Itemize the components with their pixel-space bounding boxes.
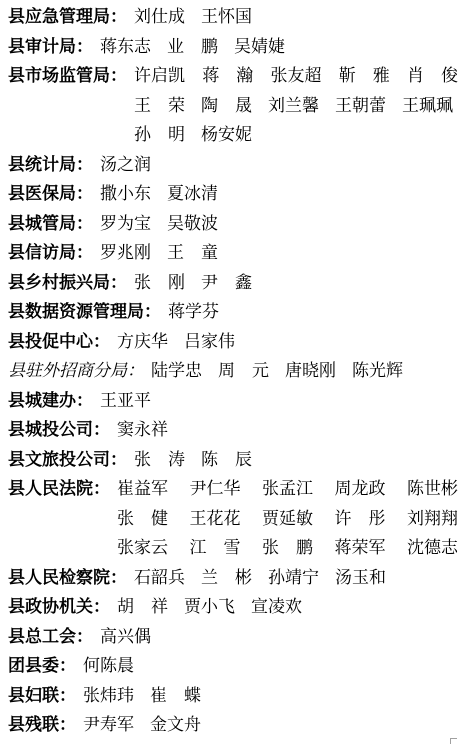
department-label: 县驻外招商分局： [8, 356, 144, 386]
department-label: 县市场监管局： [8, 61, 127, 91]
department-entry: 县城管局：罗为宝吴敬波 [8, 209, 458, 239]
names-line: 张 涛陈 辰 [134, 445, 458, 475]
names-line: 张家云江 雪张 鹏蒋荣军沈德志 [117, 533, 458, 563]
department-entry: 团县委：何陈晨 [8, 651, 458, 681]
person-name: 撒小东 [100, 179, 151, 209]
person-name: 王珮珮 [402, 91, 453, 121]
department-label: 县应急管理局： [8, 2, 127, 32]
department-label: 县政协机关： [8, 592, 110, 622]
person-name: 张 涛 [134, 445, 185, 475]
personnel-list-document: 县应急管理局：刘仕成王怀国县审计局：蒋东志业 鹏吴婧婕县市场监管局：许启凯蒋 瀚… [0, 0, 459, 746]
names-column: 刘仕成王怀国 [134, 2, 458, 32]
person-name: 汤玉和 [335, 563, 386, 593]
names-line: 窦永祥 [117, 415, 458, 445]
names-line: 刘仕成王怀国 [134, 2, 458, 32]
department-entry: 县驻外招商分局：陆学忠周 元唐晓刚陈光辉 [8, 356, 458, 386]
department-entry: 县统计局：汤之润 [8, 150, 458, 180]
person-name: 蒋东志 [100, 32, 151, 62]
person-name: 王 荣 [134, 91, 185, 121]
person-name: 石韶兵 [134, 563, 185, 593]
department-entry: 县残联：尹寿军金文舟 [8, 710, 458, 740]
names-line: 王 荣陶 晟刘兰馨王朝蕾王珮珮 [134, 91, 458, 121]
person-name: 贾延敏 [262, 504, 313, 534]
names-line: 撒小东夏冰清 [100, 179, 458, 209]
department-entry: 县人民检察院：石韶兵兰 彬孙靖宁汤玉和 [8, 563, 458, 593]
person-name: 许启凯 [134, 61, 185, 91]
person-name: 崔益军 [117, 474, 168, 504]
department-label: 县残联： [8, 710, 76, 740]
department-entry: 县投促中心：方庆华吕家伟 [8, 327, 458, 357]
names-line: 胡 祥贾小飞宣凌欢 [117, 592, 458, 622]
department-entry: 县医保局：撒小东夏冰清 [8, 179, 458, 209]
person-name: 刘兰馨 [268, 91, 319, 121]
names-column: 汤之润 [100, 150, 458, 180]
person-name: 吴婧婕 [234, 32, 285, 62]
person-name: 张 健 [117, 504, 168, 534]
department-label: 县妇联： [8, 681, 76, 711]
names-column: 高兴偶 [100, 622, 458, 652]
names-column: 罗为宝吴敬波 [100, 209, 458, 239]
department-entry: 县总工会：高兴偶 [8, 622, 458, 652]
names-column: 方庆华吕家伟 [117, 327, 458, 357]
person-name: 孙靖宁 [268, 563, 319, 593]
names-column: 撒小东夏冰清 [100, 179, 458, 209]
person-name: 江 雪 [190, 533, 241, 563]
person-name: 罗为宝 [100, 209, 151, 239]
person-name: 王 童 [167, 238, 218, 268]
department-label: 县总工会： [8, 622, 93, 652]
names-line: 罗兆刚王 童 [100, 238, 458, 268]
names-line: 蒋东志业 鹏吴婧婕 [100, 32, 458, 62]
person-name: 何陈晨 [83, 651, 134, 681]
department-label: 县城投公司： [8, 415, 110, 445]
department-label: 县人民法院： [8, 474, 110, 504]
department-label: 团县委： [8, 651, 76, 681]
person-name: 陈世彬 [407, 474, 458, 504]
person-name: 蒋学芬 [168, 297, 219, 327]
person-name: 吴敬波 [167, 209, 218, 239]
person-name: 胡 祥 [117, 592, 168, 622]
names-column: 张 刚尹 鑫 [134, 268, 458, 298]
names-line: 孙 明杨安妮 [134, 120, 458, 150]
department-label: 县城管局： [8, 209, 93, 239]
department-label: 县文旅投公司： [8, 445, 127, 475]
names-column: 石韶兵兰 彬孙靖宁汤玉和 [134, 563, 458, 593]
department-label: 县统计局： [8, 150, 93, 180]
names-column: 蒋学芬 [168, 297, 458, 327]
names-line: 何陈晨 [83, 651, 458, 681]
names-line: 蒋学芬 [168, 297, 458, 327]
names-line: 崔益军尹仁华张孟江周龙政陈世彬 [117, 474, 458, 504]
person-name: 崔 蝶 [150, 681, 201, 711]
person-name: 张友超 [271, 61, 322, 91]
department-label: 县投促中心： [8, 327, 110, 357]
person-name: 唐晓刚 [285, 356, 336, 386]
names-column: 胡 祥贾小飞宣凌欢 [117, 592, 458, 622]
person-name: 靳 雅 [339, 61, 390, 91]
department-label: 县医保局： [8, 179, 93, 209]
person-name: 陈光辉 [352, 356, 403, 386]
department-entry: 县应急管理局：刘仕成王怀国 [8, 2, 458, 32]
person-name: 周龙政 [335, 474, 386, 504]
person-name: 沈德志 [407, 533, 458, 563]
names-column: 罗兆刚王 童 [100, 238, 458, 268]
names-column: 张 涛陈 辰 [134, 445, 458, 475]
department-label: 县城建办： [8, 386, 93, 416]
department-entry: 县城建办：王亚平 [8, 386, 458, 416]
department-entry: 县审计局：蒋东志业 鹏吴婧婕 [8, 32, 458, 62]
department-entry: 县城投公司：窦永祥 [8, 415, 458, 445]
person-name: 尹寿军 [83, 710, 134, 740]
person-name: 窦永祥 [117, 415, 168, 445]
names-column: 陆学忠周 元唐晓刚陈光辉 [151, 356, 458, 386]
person-name: 杨安妮 [201, 120, 252, 150]
person-name: 兰 彬 [201, 563, 252, 593]
names-column: 王亚平 [100, 386, 458, 416]
person-name: 陆学忠 [151, 356, 202, 386]
person-name: 蒋 瀚 [202, 61, 253, 91]
department-label: 县乡村振兴局： [8, 268, 127, 298]
names-line: 王亚平 [100, 386, 458, 416]
department-label: 县人民检察院： [8, 563, 127, 593]
names-column: 窦永祥 [117, 415, 458, 445]
person-name: 陶 晟 [201, 91, 252, 121]
page-corner-mark [450, 738, 457, 744]
person-name: 汤之润 [100, 150, 151, 180]
person-name: 张 鹏 [262, 533, 313, 563]
person-name: 张孟江 [262, 474, 313, 504]
person-name: 周 元 [218, 356, 269, 386]
person-name: 蒋荣军 [335, 533, 386, 563]
names-line: 方庆华吕家伟 [117, 327, 458, 357]
person-name: 高兴偶 [100, 622, 151, 652]
names-line: 张炜玮崔 蝶 [83, 681, 458, 711]
names-line: 石韶兵兰 彬孙靖宁汤玉和 [134, 563, 458, 593]
names-line: 高兴偶 [100, 622, 458, 652]
names-column: 何陈晨 [83, 651, 458, 681]
person-name: 贾小飞 [184, 592, 235, 622]
names-column: 蒋东志业 鹏吴婧婕 [100, 32, 458, 62]
department-label: 县审计局： [8, 32, 93, 62]
names-line: 罗为宝吴敬波 [100, 209, 458, 239]
person-name: 业 鹏 [167, 32, 218, 62]
person-name: 夏冰清 [167, 179, 218, 209]
department-label: 县数据资源管理局： [8, 297, 161, 327]
person-name: 刘翔翔 [407, 504, 458, 534]
person-name: 张家云 [117, 533, 168, 563]
names-line: 张 刚尹 鑫 [134, 268, 458, 298]
person-name: 王花花 [190, 504, 241, 534]
names-line: 许启凯蒋 瀚张友超靳 雅肖 俊 [134, 61, 458, 91]
person-name: 王朝蕾 [335, 91, 386, 121]
person-name: 罗兆刚 [100, 238, 151, 268]
names-line: 张 健王花花贾延敏许 彤刘翔翔 [117, 504, 458, 534]
person-name: 方庆华 [117, 327, 168, 357]
names-column: 尹寿军金文舟 [83, 710, 458, 740]
department-entry: 县文旅投公司：张 涛陈 辰 [8, 445, 458, 475]
person-name: 尹 鑫 [201, 268, 252, 298]
department-entry: 县妇联：张炜玮崔 蝶 [8, 681, 458, 711]
person-name: 金文舟 [150, 710, 201, 740]
person-name: 王亚平 [100, 386, 151, 416]
department-label: 县信访局： [8, 238, 93, 268]
person-name: 张炜玮 [83, 681, 134, 711]
department-entry: 县政协机关：胡 祥贾小飞宣凌欢 [8, 592, 458, 622]
person-name: 孙 明 [134, 120, 185, 150]
person-name: 王怀国 [201, 2, 252, 32]
person-name: 尹仁华 [190, 474, 241, 504]
names-column: 崔益军尹仁华张孟江周龙政陈世彬张 健王花花贾延敏许 彤刘翔翔张家云江 雪张 鹏蒋… [117, 474, 458, 563]
person-name: 吕家伟 [184, 327, 235, 357]
person-name: 刘仕成 [134, 2, 185, 32]
department-entry: 县乡村振兴局：张 刚尹 鑫 [8, 268, 458, 298]
department-entry: 县信访局：罗兆刚王 童 [8, 238, 458, 268]
person-name: 肖 俊 [407, 61, 458, 91]
names-line: 陆学忠周 元唐晓刚陈光辉 [151, 356, 458, 386]
person-name: 宣凌欢 [251, 592, 302, 622]
names-column: 张炜玮崔 蝶 [83, 681, 458, 711]
names-line: 汤之润 [100, 150, 458, 180]
person-name: 陈 辰 [201, 445, 252, 475]
department-entry: 县人民法院：崔益军尹仁华张孟江周龙政陈世彬张 健王花花贾延敏许 彤刘翔翔张家云江… [8, 474, 458, 563]
person-name: 许 彤 [335, 504, 386, 534]
names-column: 许启凯蒋 瀚张友超靳 雅肖 俊王 荣陶 晟刘兰馨王朝蕾王珮珮孙 明杨安妮 [134, 61, 458, 150]
person-name: 张 刚 [134, 268, 185, 298]
department-entry: 县数据资源管理局：蒋学芬 [8, 297, 458, 327]
names-line: 尹寿军金文舟 [83, 710, 458, 740]
department-entry: 县市场监管局：许启凯蒋 瀚张友超靳 雅肖 俊王 荣陶 晟刘兰馨王朝蕾王珮珮孙 明… [8, 61, 458, 150]
